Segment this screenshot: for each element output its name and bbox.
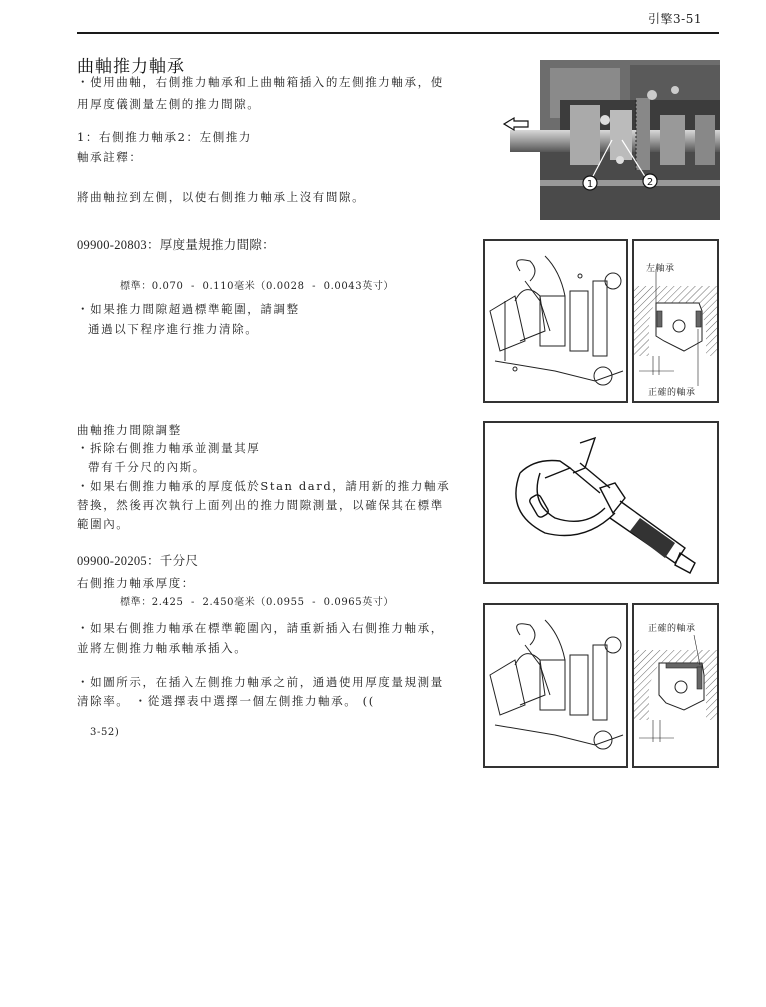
bullet-reinsert-line-2: 並將左側推力軸承軸承插入。 [77,639,247,657]
bullet-measure-line-1: ・如圖所示，在插入左側推力軸承之前，通過使用厚度量規測量 [77,673,444,691]
callout-2: 2 [647,177,653,188]
crankshaft-photo: 1 2 [500,60,720,230]
bullet-replace-line-3: 範圍內。 [77,515,129,533]
intro-line-2: 用厚度儀測量左側的推力間隙。 [77,95,260,113]
label-correct-bearing: 正確的軸承 [648,385,696,398]
standard-thrust-clearance: 標準：0.070 - 0.110毫米（0.0028 - 0.0043英寸） [120,277,394,292]
bullet-reinsert-line-1: ・如果右側推力軸承在標準範圍內，請重新插入右側推力軸承， [77,619,444,637]
thickness-label: 右側推力軸承厚度： [77,574,195,592]
figure-bearing-section-left: 左軸承 正確的軸承 [632,239,719,403]
tool-micrometer: 09900-20205：千分尺 [77,551,198,569]
figure-bearing-section-right: 正確的軸承 [632,603,719,768]
bullet-measure-line-2: 清除率。 ・從選擇表中選擇一個左側推力軸承。 (( [77,692,375,710]
note-text: 將曲軸拉到左側，以使右側推力軸承上沒有間隙。 [77,188,365,206]
bullet-adjust-line-2: 通過以下程序進行推力清除。 [88,320,258,338]
intro-line-1: ・使用曲軸，右側推力軸承和上曲軸箱插入的左側推力軸承，使 [77,73,444,91]
bullet-remove-line-2: 帶有千分尺的內斯。 [88,458,206,476]
header-rule [77,32,719,34]
legend-line-1: 1：右側推力軸承2：左側推力 [77,128,252,146]
figure-feeler-gauge-insert [483,603,628,768]
callout-1: 1 [587,179,593,190]
legend-line-2: 軸承註釋： [77,148,143,166]
bullet-remove-line-1: ・拆除右側推力軸承並測量其厚 [77,439,260,457]
bullet-replace-line-1: ・如果右側推力軸承的厚度低於Stan dard，請用新的推力軸承 [77,477,450,495]
page-reference: 3-52) [90,727,119,738]
page-number: 引擎3-51 [648,10,702,27]
tool-thickness-gauge: 09900-20803：厚度量規推力間隙： [77,235,275,253]
bullet-adjust-line-1: ・如果推力間隙超過標準範圍，請調整 [77,300,300,318]
figure-feeler-gauge-left [483,239,628,403]
bullet-replace-line-2: 替換，然後再次執行上面列出的推力間隙測量，以確保其在標準 [77,496,444,514]
figure-micrometer [483,421,719,584]
standard-bearing-thickness: 標準：2.425 - 2.450毫米（0.0955 - 0.0965英寸） [120,593,394,608]
section-title-clearance-adjustment: 曲軸推力間隙調整 [77,421,182,439]
